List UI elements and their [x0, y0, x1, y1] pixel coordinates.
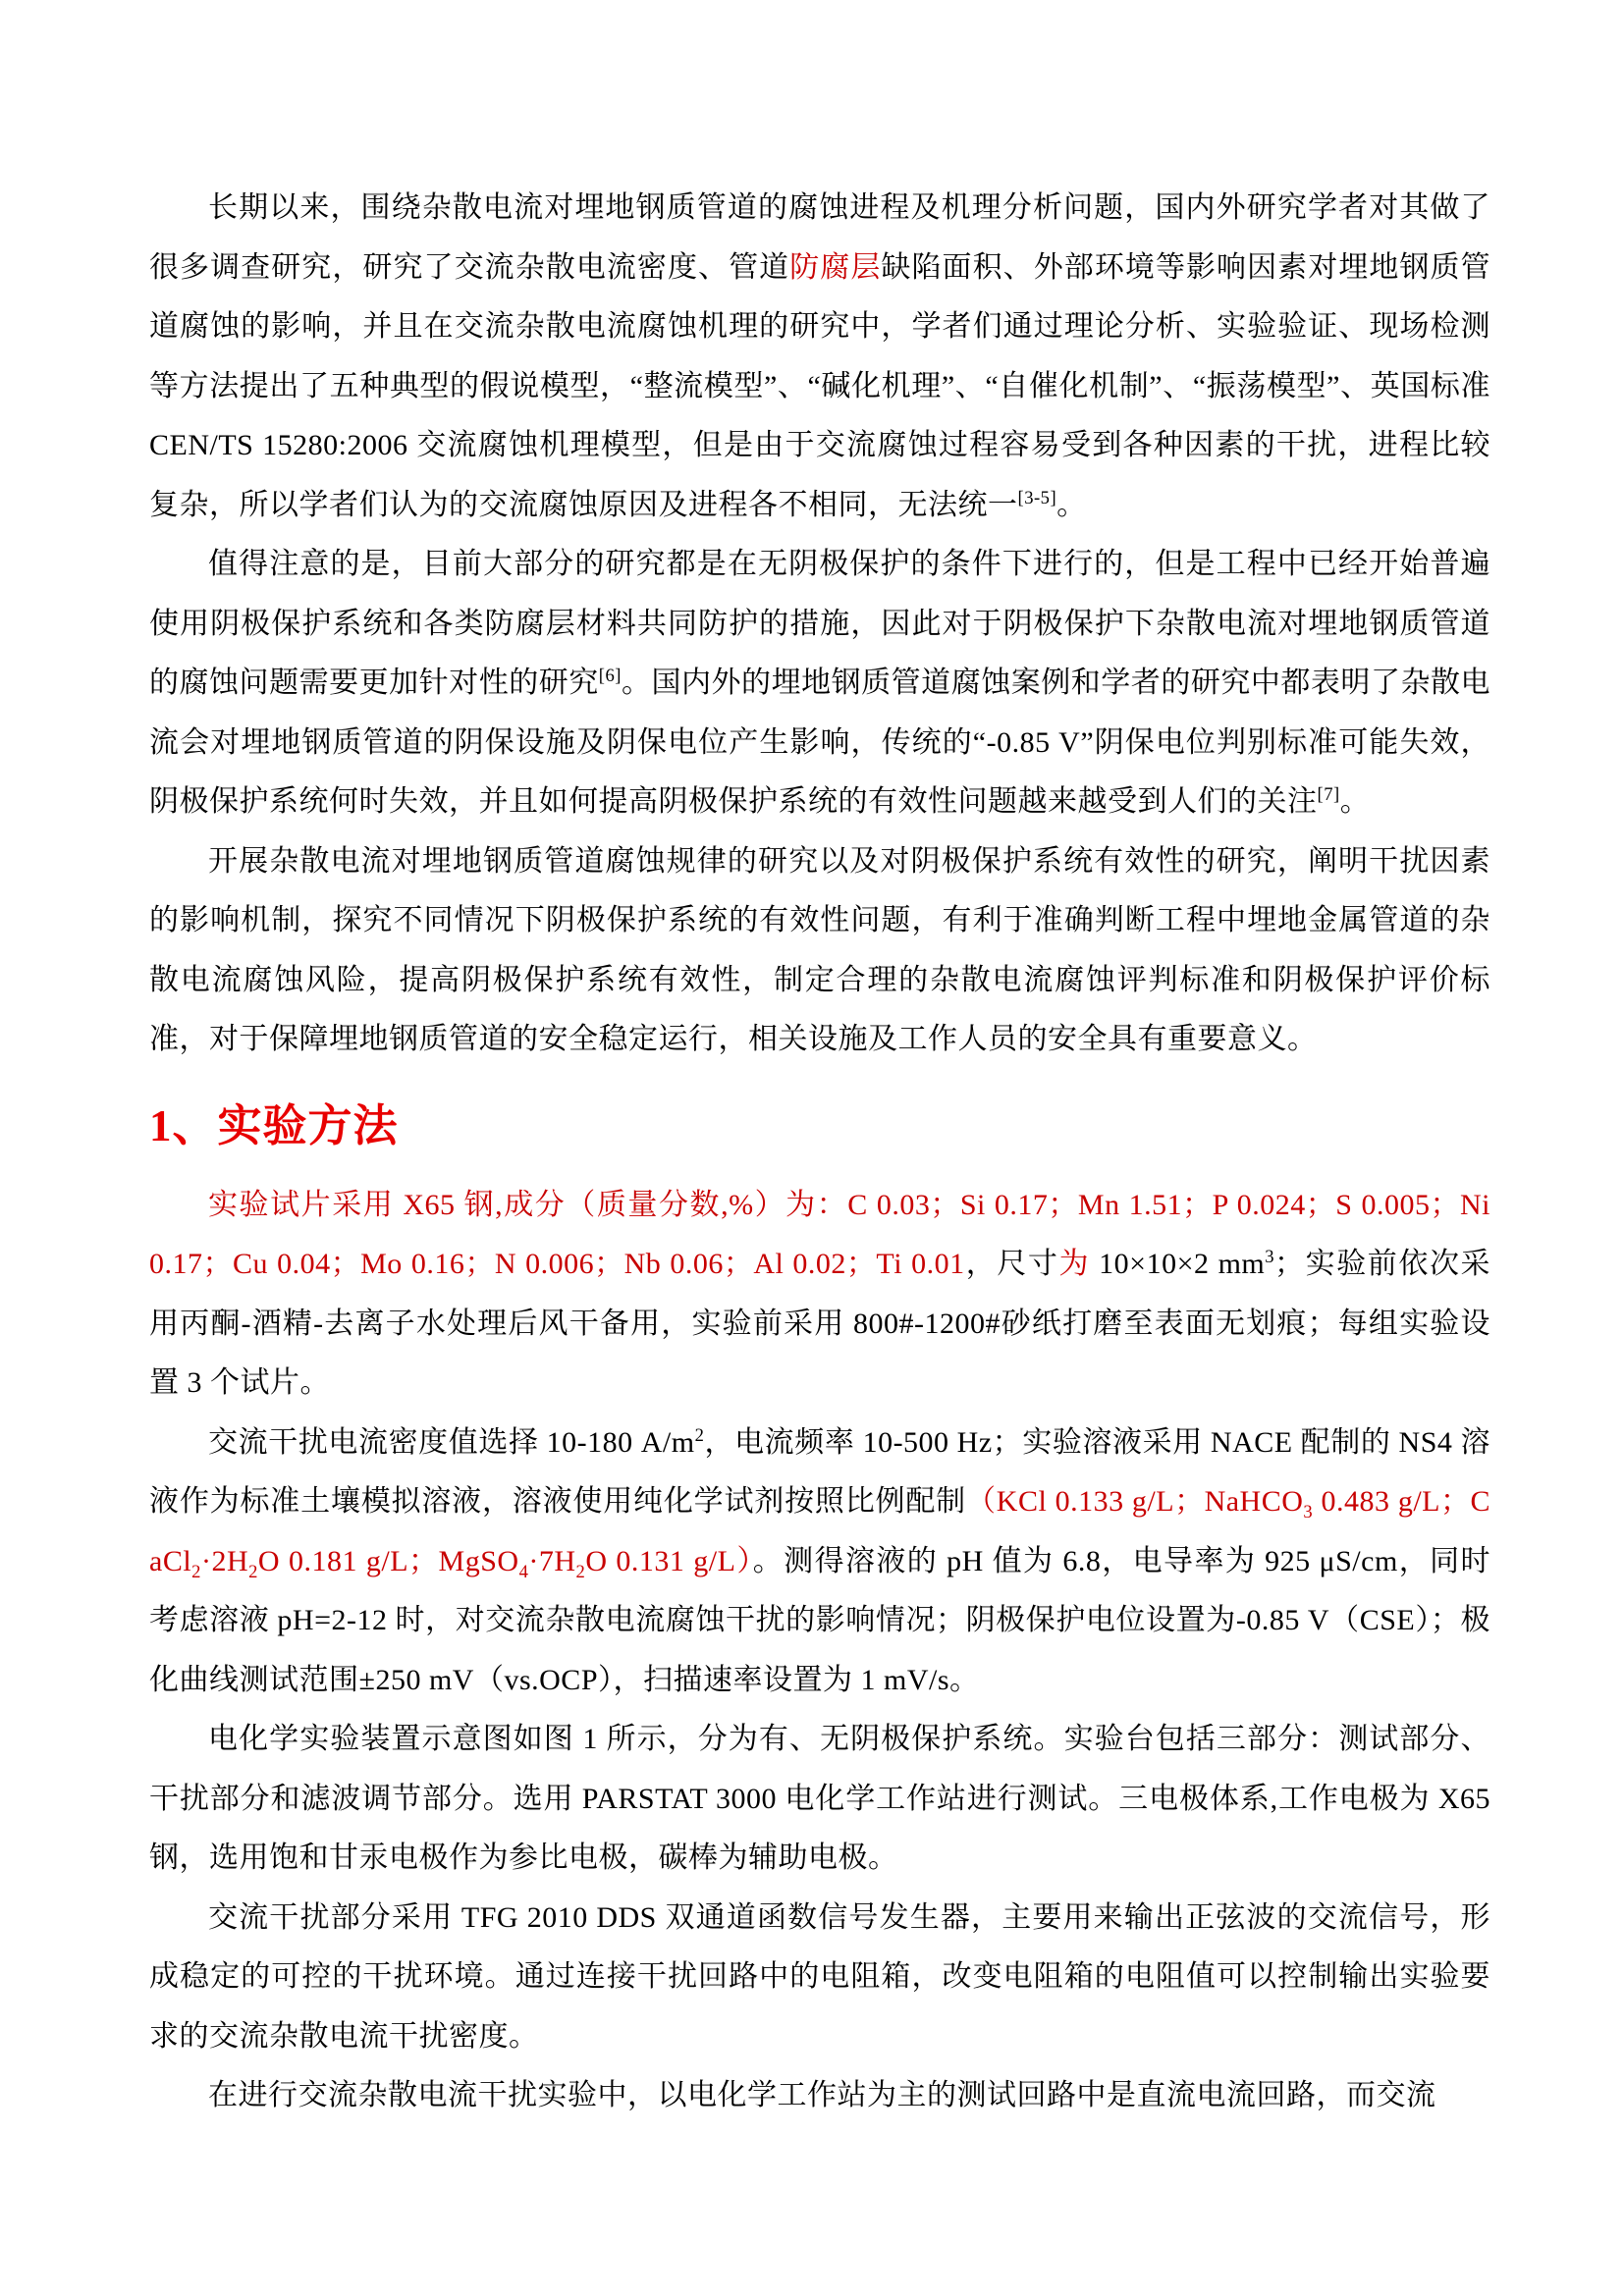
- paragraph: 长期以来，围绕杂散电流对埋地钢质管道的腐蚀进程及机理分析问题，国内外研究学者对其…: [149, 179, 1490, 535]
- sup-text-run: [6]: [599, 666, 622, 686]
- sub-text-run: 4: [519, 1562, 529, 1582]
- sub-text-run: 2: [191, 1562, 201, 1582]
- paragraph: 交流干扰部分采用 TFG 2010 DDS 双通道函数信号发生器，主要用来输出正…: [149, 1889, 1490, 2067]
- sub-text-run: 2: [248, 1562, 258, 1582]
- text-run: ·2H: [201, 1545, 248, 1577]
- text-run: 电化学实验装置示意图如图 1 所示，分为有、无阴极保护系统。实验台包括三部分：测…: [149, 1723, 1490, 1874]
- text-run: 交流干扰部分采用 TFG 2010 DDS 双通道函数信号发生器，主要用来输出正…: [149, 1901, 1490, 2053]
- text-run: （KCl 0.133 g/L；NaHCO: [966, 1485, 1303, 1518]
- document-page: 长期以来，围绕杂散电流对埋地钢质管道的腐蚀进程及机理分析问题，国内外研究学者对其…: [0, 0, 1624, 2296]
- paragraph: 电化学实验装置示意图如图 1 所示，分为有、无阴极保护系统。实验台包括三部分：测…: [149, 1710, 1490, 1889]
- text-run: 10×10×2 mm: [1090, 1248, 1265, 1280]
- text-run: 。: [1056, 489, 1087, 521]
- text-run: 缺陷面积、外部环境等影响因素对埋地钢质管道腐蚀的影响，并且在交流杂散电流腐蚀机理…: [149, 251, 1490, 521]
- text-run: 开展杂散电流对埋地钢质管道腐蚀规律的研究以及对阴极保护系统有效性的研究，阐明干扰…: [149, 845, 1490, 1056]
- paragraph: 交流干扰电流密度值选择 10-180 A/m2，电流频率 10-500 Hz；实…: [149, 1414, 1490, 1711]
- document-body: 长期以来，围绕杂散电流对埋地钢质管道的腐蚀进程及机理分析问题，国内外研究学者对其…: [149, 179, 1490, 2126]
- text-run: 在进行交流杂散电流干扰实验中，以电化学工作站为主的测试回路中是直流电流回路，而交…: [208, 2079, 1436, 2111]
- sup-text-run: [3-5]: [1018, 488, 1057, 508]
- text-run: O 0.181 g/L；MgSO: [258, 1545, 519, 1577]
- paragraph: 实验试片采用 X65 钢,成分（质量分数,%）为：C 0.03；Si 0.17；…: [149, 1176, 1490, 1414]
- text-run: 交流干扰电流密度值选择 10-180 A/m: [208, 1426, 695, 1459]
- sub-text-run: 3: [1303, 1502, 1313, 1522]
- paragraph: 开展杂散电流对埋地钢质管道腐蚀规律的研究以及对阴极保护系统有效性的研究，阐明干扰…: [149, 832, 1490, 1070]
- text-run: 防腐层: [789, 251, 881, 284]
- paragraph: 在进行交流杂散电流干扰实验中，以电化学工作站为主的测试回路中是直流电流回路，而交…: [149, 2066, 1490, 2126]
- sup-text-run: [7]: [1318, 784, 1340, 805]
- text-run: 为: [1058, 1248, 1090, 1280]
- sup-text-run: 2: [695, 1425, 705, 1446]
- text-run: ，尺寸: [965, 1248, 1059, 1280]
- section-heading: 1、实验方法: [149, 1095, 1490, 1156]
- text-run: O 0.131 g/L）: [585, 1545, 752, 1577]
- sub-text-run: 2: [576, 1562, 586, 1582]
- paragraph: 值得注意的是，目前大部分的研究都是在无阴极保护的条件下进行的，但是工程中已经开始…: [149, 535, 1490, 832]
- text-run: 1、实验方法: [149, 1101, 399, 1150]
- text-run: ·7H: [528, 1545, 575, 1577]
- text-run: 。: [1340, 785, 1371, 818]
- sup-text-run: 3: [1265, 1247, 1274, 1267]
